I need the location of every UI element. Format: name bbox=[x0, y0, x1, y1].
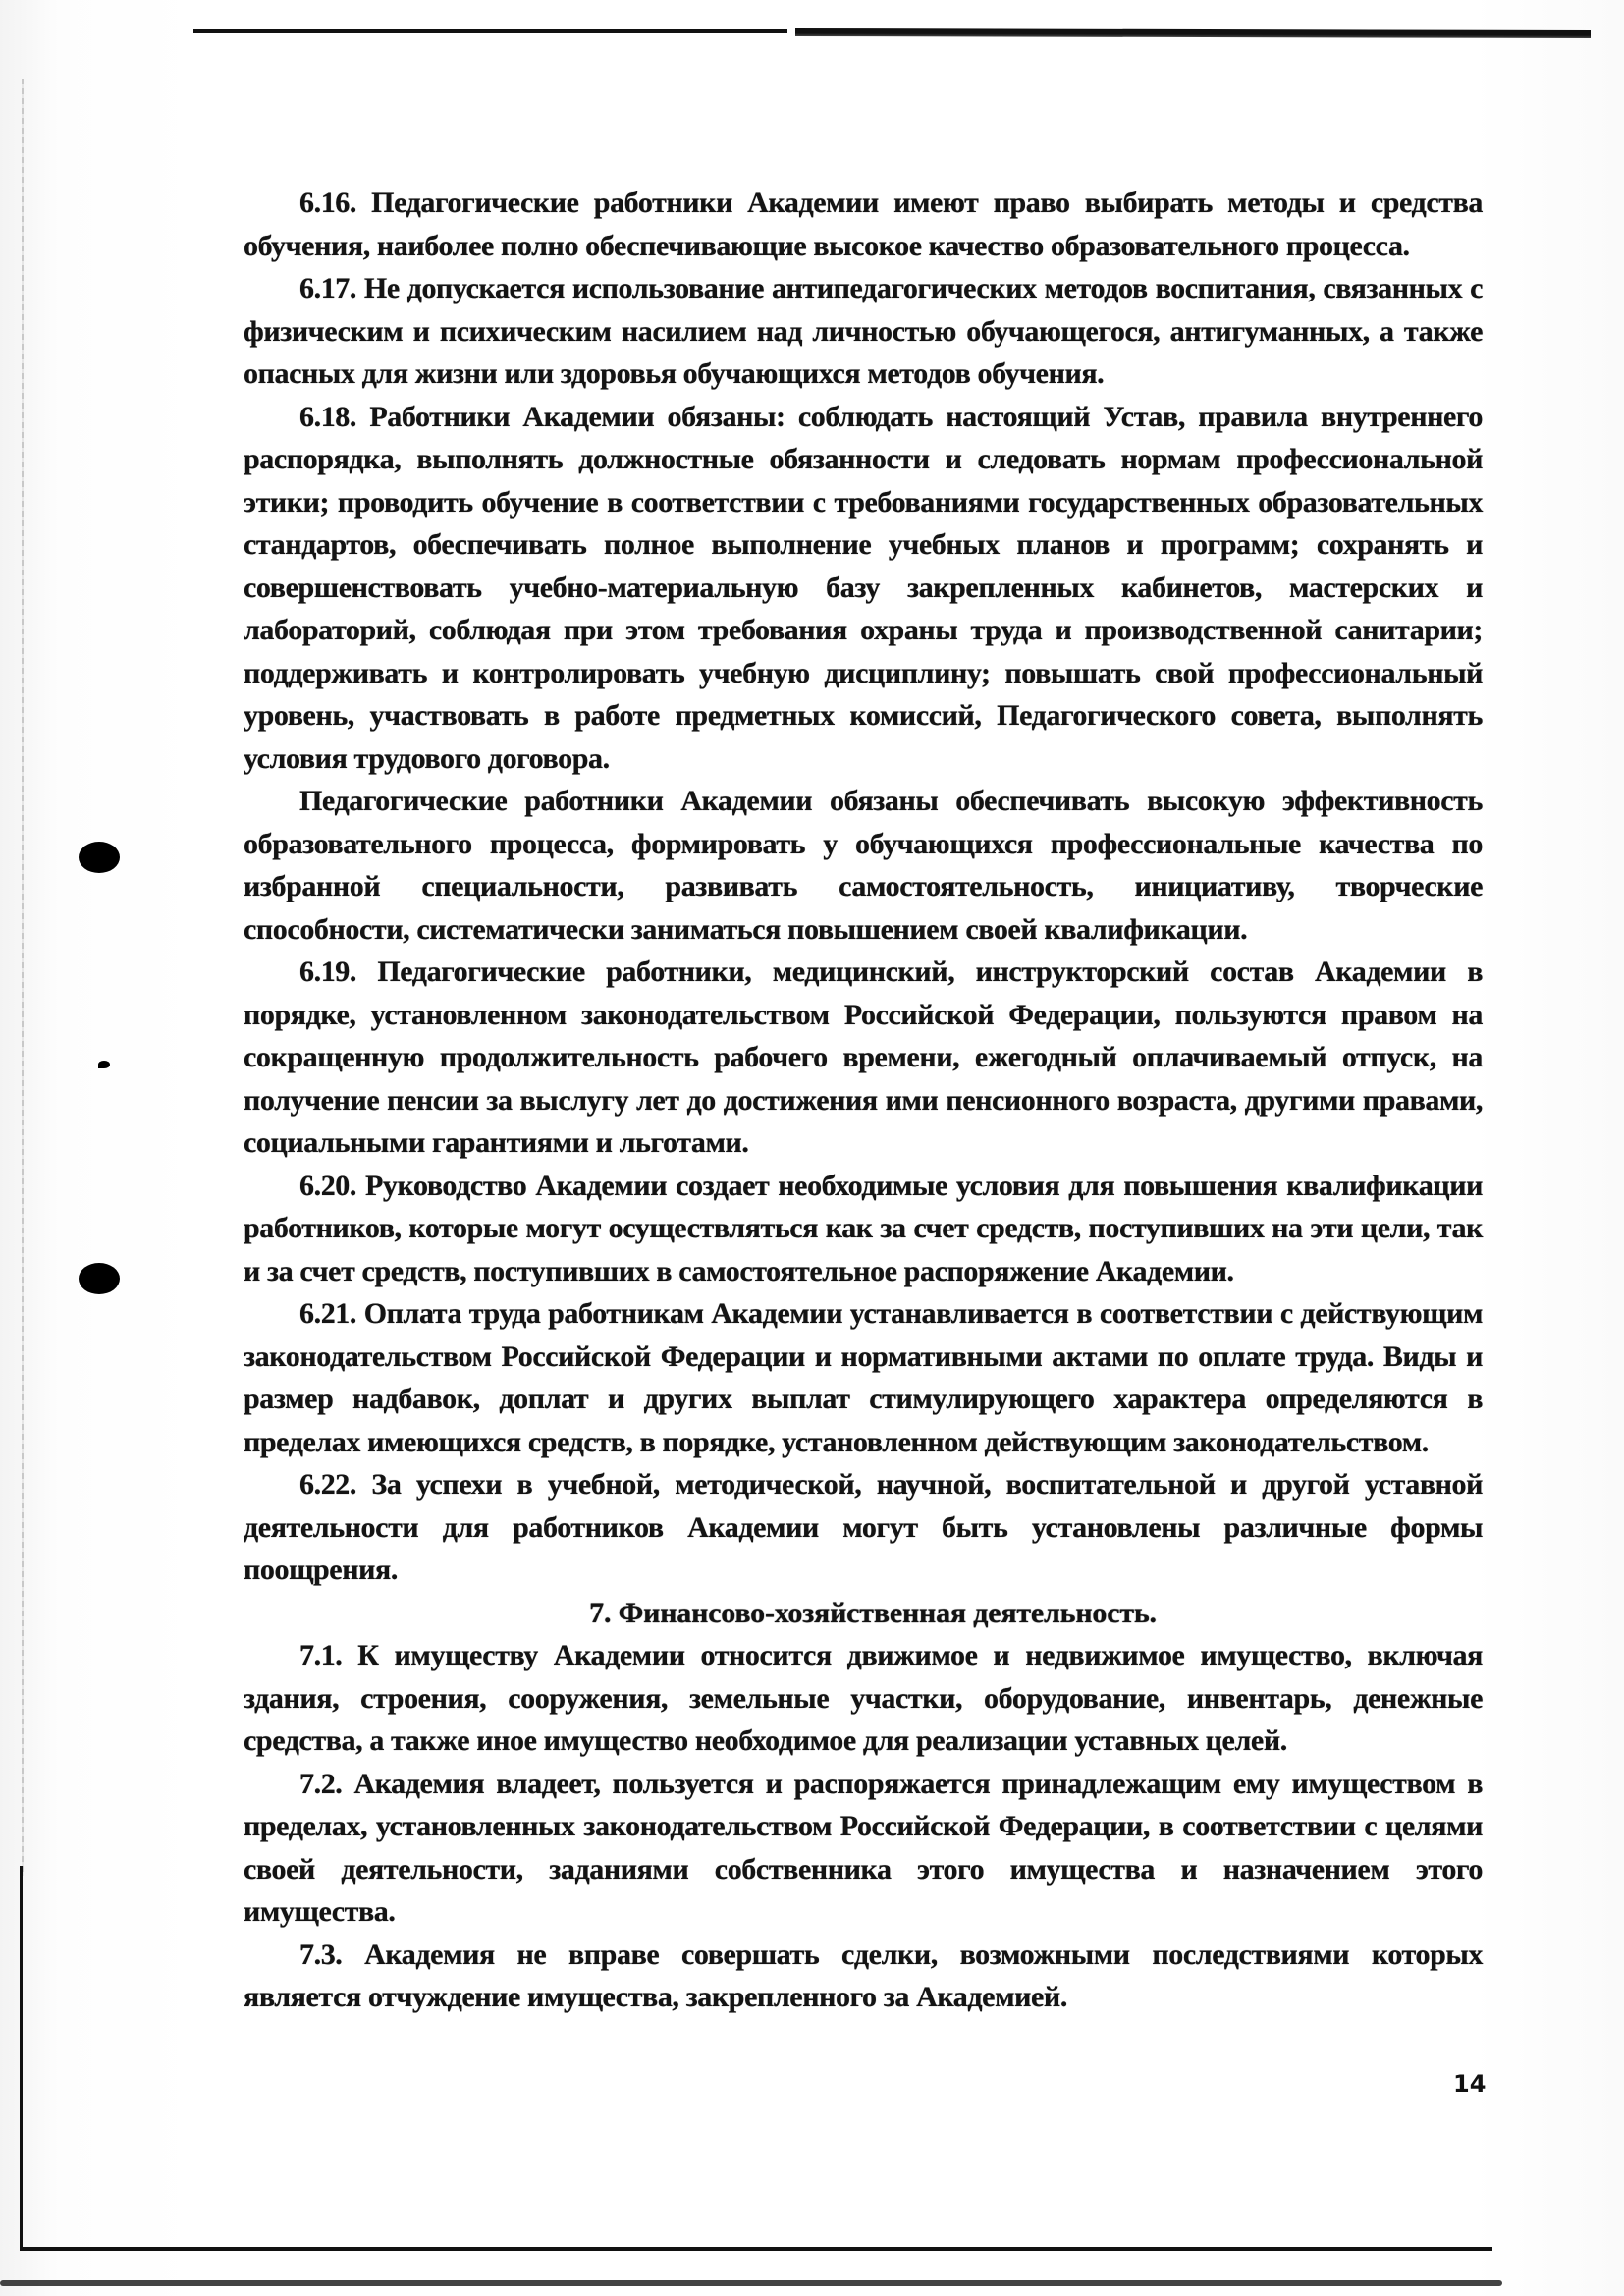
bottom-border bbox=[20, 2247, 1492, 2251]
paragraph-7-3: 7.3. Академия не вправе совершать сделки… bbox=[244, 1934, 1483, 2019]
paragraph-7-1: 7.1. К имуществу Академии относится движ… bbox=[244, 1634, 1483, 1763]
scan-bottom-edge bbox=[0, 2280, 1502, 2286]
paragraph-6-18: 6.18. Работники Академии обязаны: соблюд… bbox=[244, 396, 1483, 781]
paragraph-6-20: 6.20. Руководство Академии создает необх… bbox=[244, 1165, 1483, 1293]
scanned-page: 6.16. Педагогические работники Академии … bbox=[0, 0, 1624, 2296]
paragraph-6-19: 6.19. Педагогические работники, медицинс… bbox=[244, 951, 1483, 1165]
paragraph-7-2: 7.2. Академия владеет, пользуется и расп… bbox=[244, 1763, 1483, 1934]
paragraph-6-22: 6.22. За успехи в учебной, методической,… bbox=[244, 1463, 1483, 1592]
section-heading: 7. Финансово-хозяйственная деятельность. bbox=[244, 1592, 1483, 1635]
left-edge-line bbox=[22, 79, 24, 1876]
paragraph-6-18-cont: Педагогические работники Академии обязан… bbox=[244, 780, 1483, 951]
punch-hole-icon bbox=[79, 1263, 120, 1294]
top-rule-left bbox=[193, 29, 787, 33]
paragraph-6-16: 6.16. Педагогические работники Академии … bbox=[244, 182, 1483, 267]
top-rule-right bbox=[795, 28, 1591, 38]
ink-speck bbox=[98, 1061, 110, 1068]
page-number: 14 bbox=[1453, 2070, 1486, 2098]
paragraph-6-17: 6.17. Не допускается использование антип… bbox=[244, 267, 1483, 396]
document-body: 6.16. Педагогические работники Академии … bbox=[244, 182, 1483, 2019]
paragraph-6-21: 6.21. Оплата труда работникам Академии у… bbox=[244, 1292, 1483, 1463]
left-border bbox=[20, 1866, 23, 2249]
punch-hole-icon bbox=[79, 842, 120, 873]
